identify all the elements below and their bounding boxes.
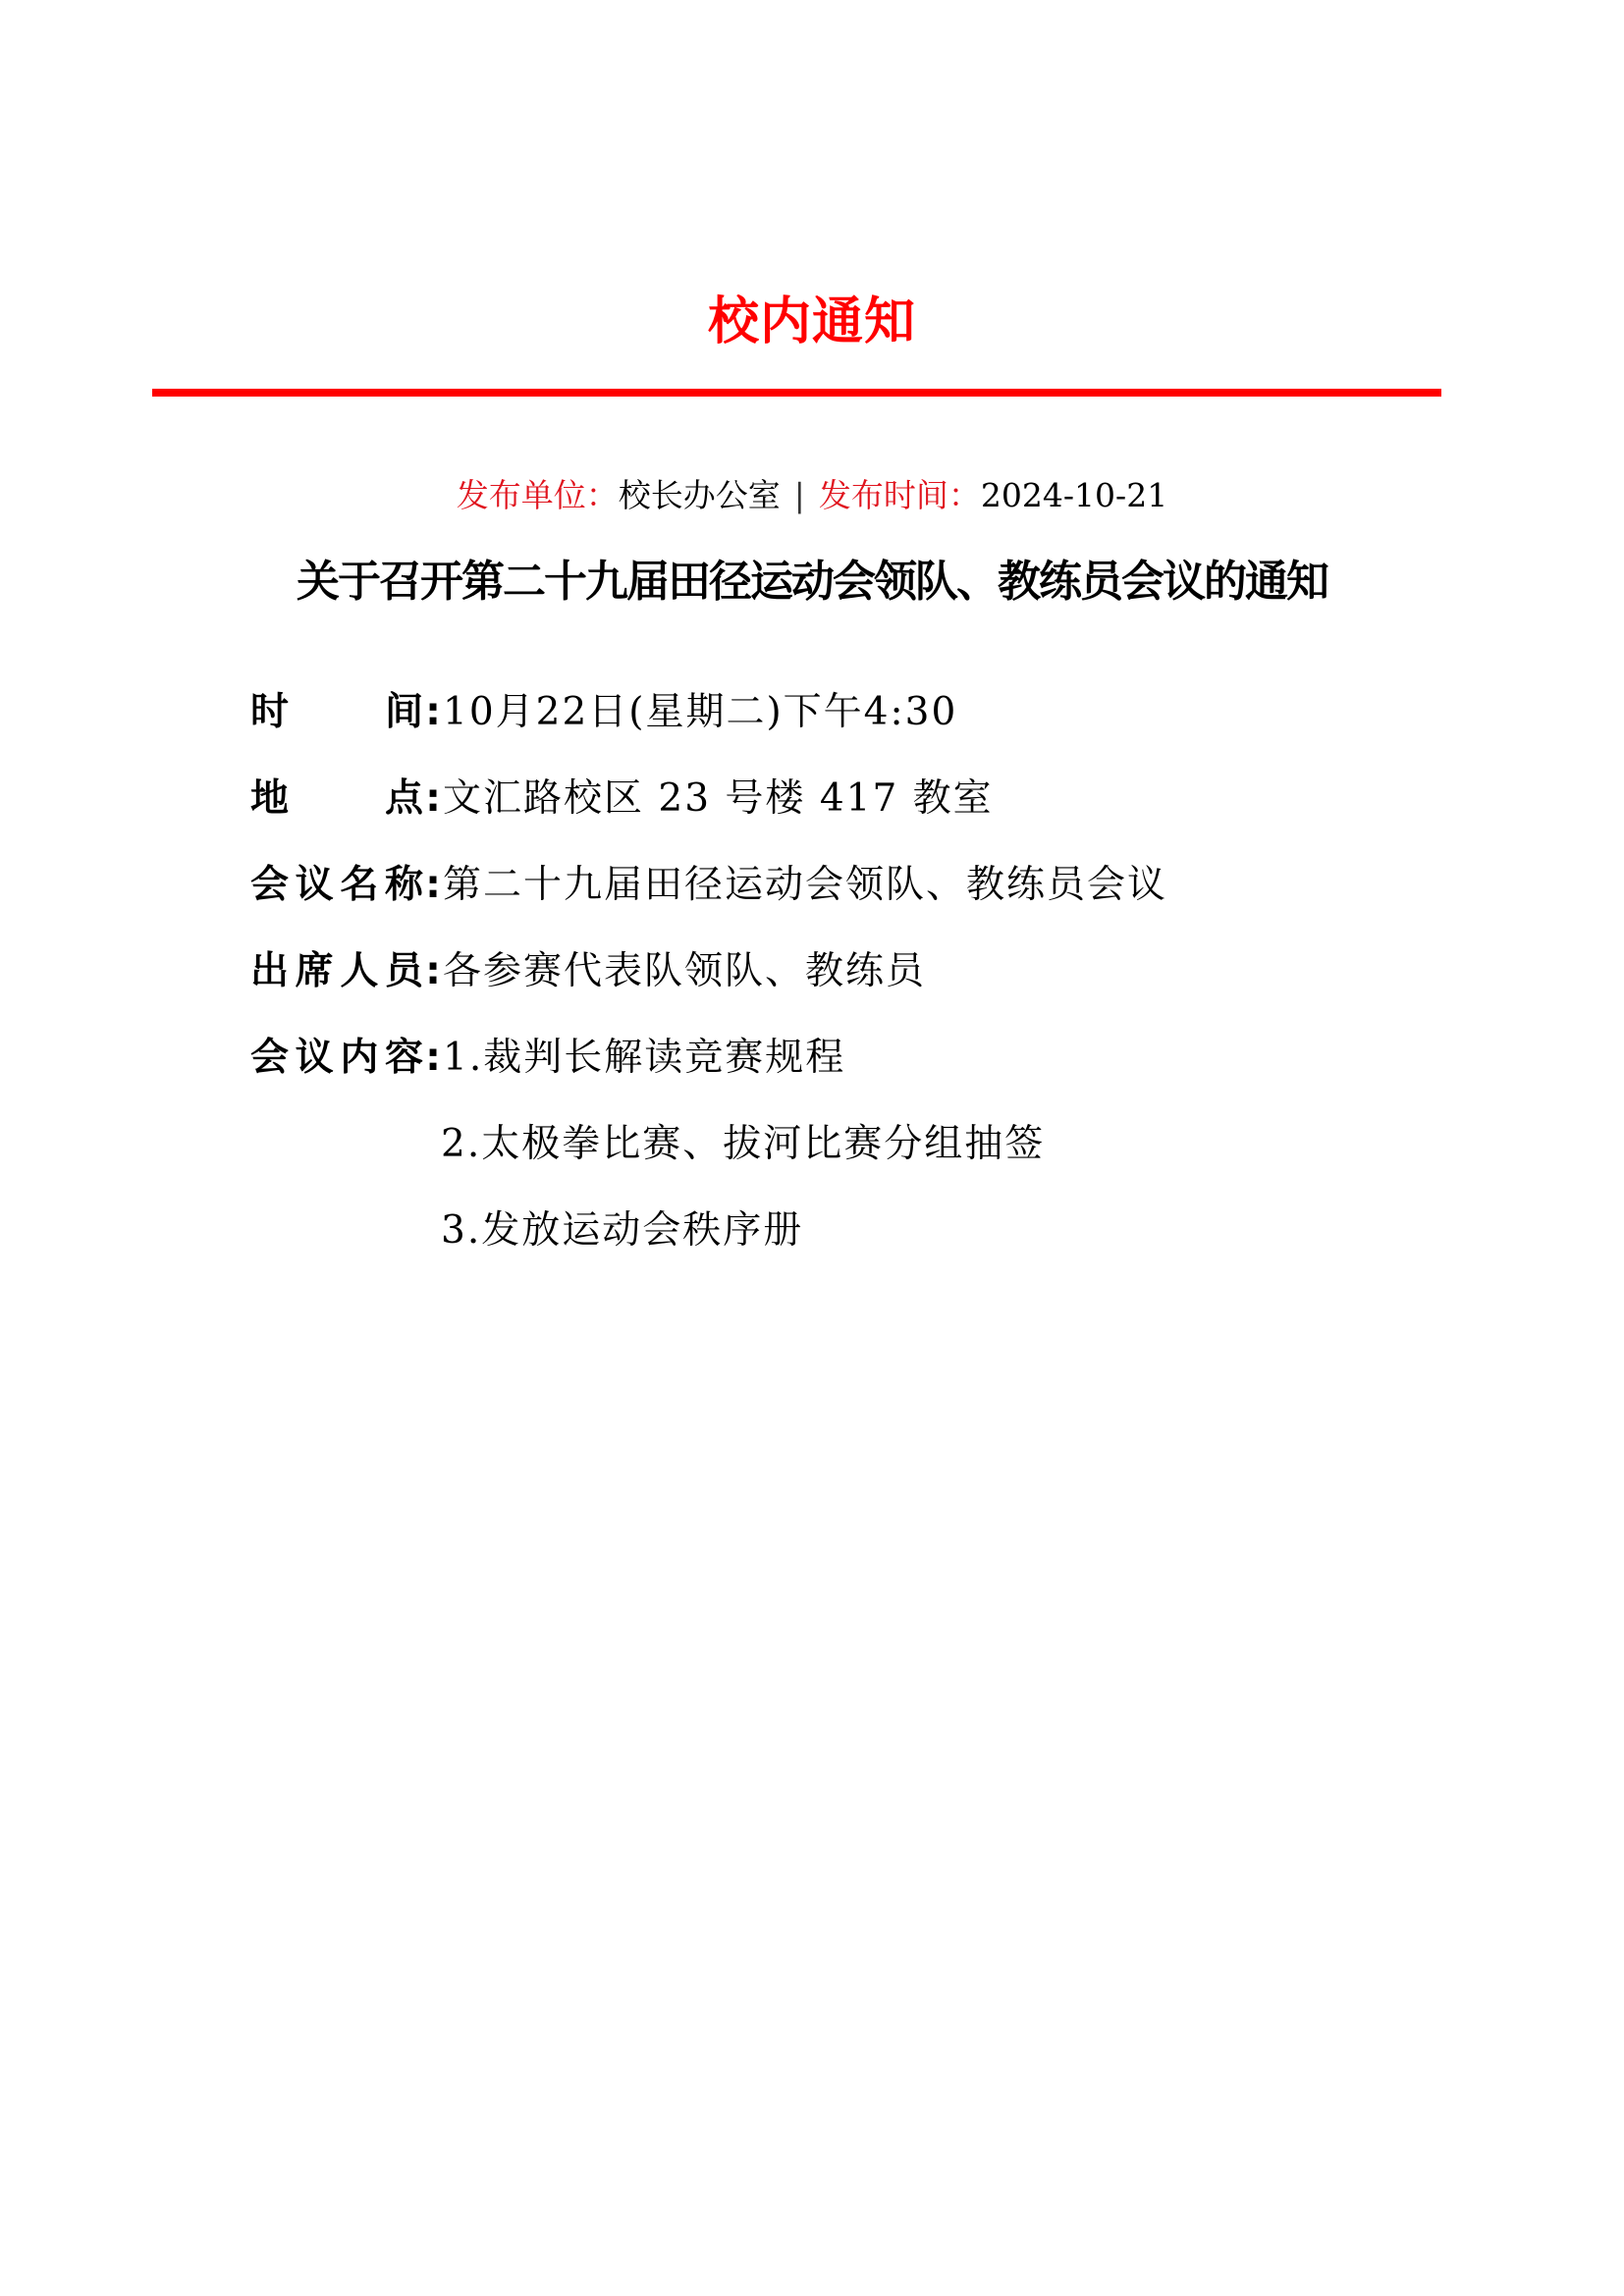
label-char: 内 xyxy=(340,1033,378,1084)
field-label: 时 间 xyxy=(250,687,423,738)
field-value: 文汇路校区 23 号楼 417 教室 xyxy=(443,774,994,825)
field-label: 会 议 内 容 xyxy=(250,1033,423,1084)
field-time: 时 间 : 10月22日(星期二)下午4:30 xyxy=(250,687,957,738)
field-colon: : xyxy=(423,1033,443,1084)
content-item-2: 2.太极拳比赛、拔河比赛分组抽签 xyxy=(441,1119,1045,1170)
content-item-3: 3.发放运动会秩序册 xyxy=(441,1205,803,1256)
date-value: 2024-10-21 xyxy=(981,476,1167,514)
label-char: 议 xyxy=(296,860,334,911)
label-char: 间 xyxy=(385,687,423,738)
field-label: 会 议 名 称 xyxy=(250,860,423,911)
label-char: 会 xyxy=(250,860,289,911)
label-char: 人 xyxy=(340,946,378,997)
document-title: 关于召开第二十九届田径运动会领队、教练员会议的通知 xyxy=(0,550,1624,614)
field-value: 10月22日(星期二)下午4:30 xyxy=(443,687,957,738)
field-value: 第二十九届田径运动会领队、教练员会议 xyxy=(443,860,1167,911)
label-char: 出 xyxy=(250,946,289,997)
field-value: 1.裁判长解读竞赛规程 xyxy=(443,1033,845,1084)
label-char: 时 xyxy=(250,687,289,738)
field-meeting-content: 会 议 内 容 : 1.裁判长解读竞赛规程 xyxy=(250,1033,845,1084)
publisher-value: 校长办公室 xyxy=(619,476,781,514)
field-colon: : xyxy=(423,946,443,997)
label-char: 称 xyxy=(385,860,423,911)
field-colon: : xyxy=(423,774,443,825)
field-colon: : xyxy=(423,687,443,738)
field-label: 地 点 xyxy=(250,774,423,825)
label-char: 地 xyxy=(250,774,289,825)
publisher-label: 发布单位： xyxy=(457,476,619,514)
label-char: 名 xyxy=(340,860,378,911)
label-char: 员 xyxy=(385,946,423,997)
label-char: 容 xyxy=(385,1033,423,1084)
label-char: 席 xyxy=(296,946,334,997)
field-location: 地 点 : 文汇路校区 23 号楼 417 教室 xyxy=(250,774,994,825)
field-label: 出 席 人 员 xyxy=(250,946,423,997)
label-char: 议 xyxy=(296,1033,334,1084)
field-attendees: 出 席 人 员 : 各参赛代表队领队、教练员 xyxy=(250,946,926,997)
red-divider xyxy=(152,389,1441,397)
field-value: 各参赛代表队领队、教练员 xyxy=(443,946,926,997)
label-char: 点 xyxy=(385,774,423,825)
meta-separator: | xyxy=(794,476,805,514)
publish-meta: 发布单位：校长办公室|发布时间：2024-10-21 xyxy=(0,473,1624,518)
label-char: 会 xyxy=(250,1033,289,1084)
date-label: 发布时间： xyxy=(819,476,981,514)
field-colon: : xyxy=(423,860,443,911)
header-title: 校内通知 xyxy=(0,291,1624,353)
field-meeting-name: 会 议 名 称 : 第二十九届田径运动会领队、教练员会议 xyxy=(250,860,1167,911)
